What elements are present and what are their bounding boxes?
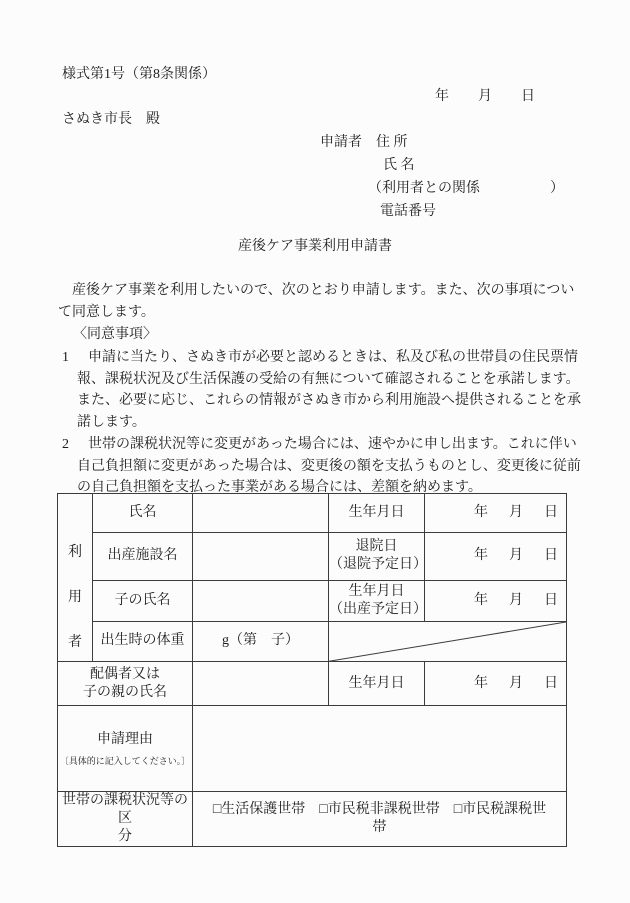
day-label: 日 (544, 675, 558, 693)
agreement-item-2-text: 世帯の課税状況等に変更があった場合には、速やかに申し出ます。これに伴い 自己負担… (77, 434, 622, 499)
month-label: 月 (509, 504, 523, 522)
month-label: 月 (509, 547, 523, 565)
day-label: 日 (521, 86, 535, 108)
reason-label-cell: 申請理由 〔具体的に記入してください。〕 (58, 706, 193, 792)
discharge-label-cell: 退院日 （退院予定日） (329, 533, 425, 580)
weight-label-cell: 出生時の体重 (93, 621, 193, 661)
document-page: 様式第1号（第8条関係） 年 月 日 さぬき市長 殿 申請者 住 所 氏 名 （… (0, 0, 630, 903)
facility-label-cell: 出産施設名 (93, 533, 193, 580)
day-label: 日 (544, 504, 558, 522)
reason-label: 申請理由 (58, 731, 192, 749)
user-group-char: 者 (68, 634, 82, 652)
addressee: さぬき市長 殿 (62, 109, 160, 131)
agreement-item-1-text: 申請に当たり、さぬき市が必要と認めるときは、私及び私の世帯員の住民票情 報、課税… (77, 347, 622, 434)
child-name-label-cell: 子の氏名 (93, 580, 193, 621)
year-label: 年 (474, 592, 488, 610)
year-label: 年 (474, 547, 488, 565)
spouse-birthdate-value-cell[interactable]: 年 月 日 (425, 662, 567, 706)
user-group-char: 用 (68, 589, 82, 607)
blocked-cell (329, 621, 567, 661)
discharge-value-cell[interactable]: 年 月 日 (425, 533, 567, 580)
spouse-birthdate-label-cell: 生年月日 (329, 662, 425, 706)
intro-paragraph: 産後ケア事業を利用したいので、次のとおり申請します。また、次の事項につい て同意… (58, 280, 603, 323)
day-label: 日 (544, 547, 558, 565)
child-birthdate-label-cell: 生年月日 （出産予定日） (329, 580, 425, 621)
tax-options-cell[interactable]: □生活保護世帯 □市民税非課税世帯 □市民税課税世 帯 (193, 792, 567, 847)
user-group-header: 利 用 者 (58, 494, 93, 662)
diagonal-line (329, 622, 566, 661)
reason-input-cell[interactable] (193, 706, 567, 792)
application-table: 利 用 者 氏名 生年月日 年 月 日 出産施設名 (57, 493, 567, 847)
facility-input-cell[interactable] (193, 533, 329, 580)
agreement-heading: 〈同意事項〉 (73, 324, 157, 346)
spouse-label-cell: 配偶者又は 子の親の氏名 (58, 662, 193, 706)
year-label: 年 (474, 675, 488, 693)
name-input-cell[interactable] (193, 494, 329, 533)
year-label: 年 (474, 504, 488, 522)
month-label: 月 (478, 86, 492, 108)
month-label: 月 (509, 592, 523, 610)
month-label: 月 (509, 675, 523, 693)
page-title: 産後ケア事業利用申請書 (0, 236, 630, 258)
applicant-phone-line: 電話番号 (380, 201, 436, 223)
applicant-address-line: 申請者 住 所 (320, 132, 408, 154)
name-label-cell: 氏名 (93, 494, 193, 533)
year-label: 年 (435, 86, 449, 108)
applicant-relation-line: （利用者との関係 ） (368, 178, 564, 200)
agreement-item-1-number: 1 (62, 347, 69, 369)
day-label: 日 (544, 592, 558, 610)
user-group-char: 利 (68, 544, 82, 562)
birthdate-value-cell[interactable]: 年 月 日 (425, 494, 567, 533)
applicant-name-line: 氏 名 (383, 155, 415, 177)
reason-note: 〔具体的に記入してください。〕 (58, 756, 192, 767)
application-date-line[interactable]: 年 月 日 (435, 86, 535, 108)
agreement-item-2-number: 2 (62, 434, 69, 456)
child-birthdate-value-cell[interactable]: 年 月 日 (425, 580, 567, 621)
birthdate-label-cell: 生年月日 (329, 494, 425, 533)
child-name-input-cell[interactable] (193, 580, 329, 621)
spouse-name-input-cell[interactable] (193, 662, 329, 706)
weight-value-cell[interactable]: g（第 子） (193, 621, 329, 661)
tax-category-label-cell: 世帯の課税状況等の区 分 (58, 792, 193, 847)
form-number: 様式第1号（第8条関係） (62, 64, 216, 86)
